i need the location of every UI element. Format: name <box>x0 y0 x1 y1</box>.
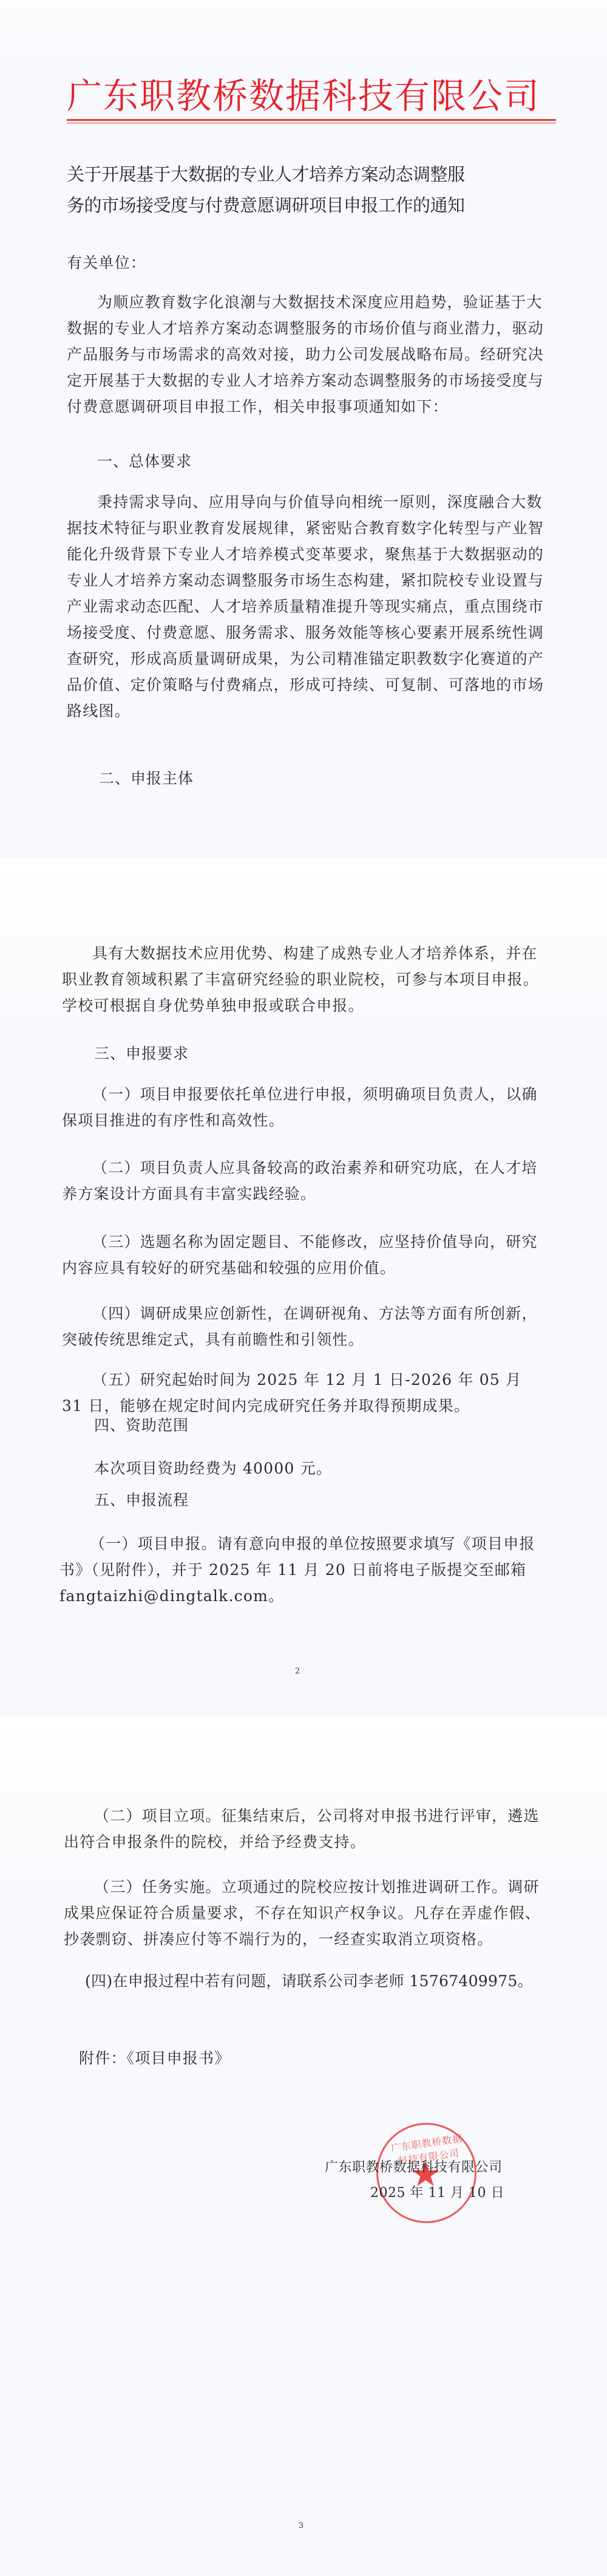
section-4-heading: 四、资助范围 <box>94 1412 574 1438</box>
section-5-item-4: (四)在申报过程中若有问题，请联系公司李老师 15767409975。 <box>85 1968 571 1994</box>
salutation: 有关单位： <box>67 250 546 276</box>
section-3-item-2: （二）项目负责人应具备较高的政治素养和研究功底，在人才培养方案设计方面具有丰富实… <box>62 1155 548 1207</box>
section-3-item-1: （一）项目申报要依托单位进行申报，须明确项目负责人，以确保项目推进的有序性和高效… <box>62 1081 548 1133</box>
document-title-line-2: 务的市场接受度与付费意愿调研项目申报工作的通知 <box>67 190 552 221</box>
page-number-2: 2 <box>285 1667 310 1676</box>
section-3-heading: 三、申报要求 <box>94 1040 574 1067</box>
section-5-item-1: （一）项目申报。请有意向申报的单位按照要求填写《项目申报书》（见附件），并于 2… <box>59 1531 548 1609</box>
section-5-heading: 五、申报流程 <box>94 1487 574 1513</box>
section-2-paragraph: 具有大数据技术应用优势、构建了成熟专业人才培养体系，并在职业教育领域积累了丰富研… <box>62 940 548 1019</box>
document-title: 关于开展基于大数据的专业人才培养方案动态调整服 务的市场接受度与付费意愿调研项目… <box>67 159 552 221</box>
section-1-paragraph: 秉持需求导向、应用导向与价值导向相统一原则，深度融合大数据技术特征与职业教育发展… <box>67 489 546 724</box>
section-1-heading: 一、总体要求 <box>97 448 577 474</box>
letterhead-company-name: 广东职教桥数据科技有限公司 <box>67 72 543 120</box>
page-1 <box>0 0 607 858</box>
section-3-item-5: （五）研究起始时间为 2025 年 12 月 1 日-2026 年 05 月 3… <box>62 1367 548 1419</box>
attachment-note: 附件：《项目申报书》 <box>79 2045 382 2071</box>
document-title-line-1: 关于开展基于大数据的专业人才培养方案动态调整服 <box>67 159 552 190</box>
letterhead-rule-thin <box>67 123 556 123</box>
signature-company: 广东职教桥数据科技有限公司 <box>325 2156 503 2179</box>
section-3-item-4: （四）调研成果应创新性，在调研视角、方法等方面有所创新，突破传统思维定式，具有前… <box>62 1300 548 1353</box>
signature-date: 2025 年 11 月 10 日 <box>370 2182 504 2205</box>
page-background <box>0 0 607 858</box>
section-3-item-3: （三）选题名称为固定题目、不能修改，应坚持价值导向，研究内容应具有较好的研究基础… <box>62 1229 548 1281</box>
letterhead-rule-thick <box>67 119 556 121</box>
page-number-3: 3 <box>289 2521 313 2530</box>
section-5-item-3: （三）任务实施。立项通过的院校应按计划推进调研工作。调研成果应保证符合质量要求，… <box>64 1874 549 1952</box>
section-5-item-2: （二）项目立项。征集结束后，公司将对申报书进行评审，遴选出符合申报条件的院校，并… <box>64 1803 549 1855</box>
intro-paragraph: 为顺应教育数字化浪潮与大数据技术深度应用趋势，验证基于大数据的专业人才培养方案动… <box>67 289 546 420</box>
section-4-paragraph: 本次项目资助经费为 40000 元。 <box>94 1455 549 1481</box>
section-2-heading: 二、申报主体 <box>99 765 578 791</box>
